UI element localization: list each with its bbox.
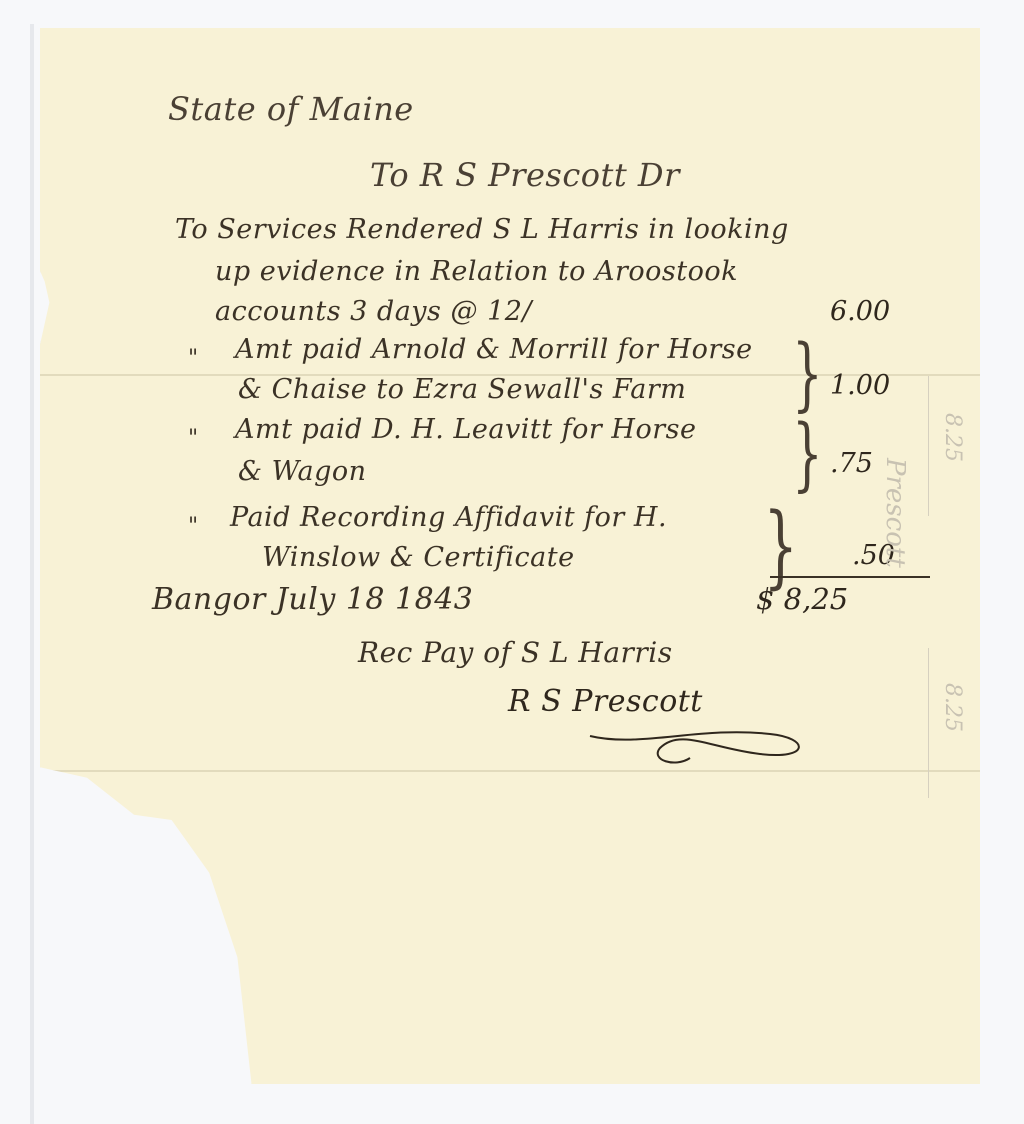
entry-4-brace: } [763, 502, 797, 592]
receipt-line: Rec Pay of S L Harris [358, 636, 673, 669]
entry-1-amount: 6.00 [830, 296, 890, 327]
entry-1-line-2: up evidence in Relation to Aroostook [215, 256, 738, 287]
entry-2-ditto: " [188, 346, 198, 371]
entry-2-brace: } [792, 334, 823, 414]
margin-rule [928, 648, 929, 798]
margin-note-amount: 8.25 [940, 413, 965, 462]
total-amount: $ 8,25 [756, 582, 848, 616]
place-date: Bangor July 18 1843 [152, 582, 473, 617]
signature-flourish [580, 718, 820, 778]
creditor-heading: To R S Prescott Dr [370, 156, 680, 194]
document-paper: State of Maine To R S Prescott Dr To Ser… [40, 28, 980, 1084]
entry-1-line-1: To Services Rendered S L Harris in looki… [175, 214, 789, 245]
entry-4-line-2: Winslow & Certificate [262, 542, 575, 573]
entry-2-amount: 1.00 [830, 370, 890, 401]
entry-4-ditto: " [188, 514, 198, 539]
entry-3-line-1: Amt paid D. H. Leavitt for Horse [235, 414, 696, 445]
entry-2-line-2: & Chaise to Ezra Sewall's Farm [238, 374, 686, 405]
scan-backing-edge [30, 24, 34, 1124]
margin-rule [928, 376, 929, 516]
addressee-heading: State of Maine [168, 90, 414, 128]
entry-3-line-2: & Wagon [238, 456, 367, 487]
entry-3-brace: } [792, 414, 823, 494]
total-rule [770, 576, 930, 578]
entry-3-ditto: " [188, 426, 198, 451]
entry-3-amount: .75 [830, 448, 873, 479]
entry-2-line-1: Amt paid Arnold & Morrill for Horse [235, 334, 753, 365]
entry-4-line-1: Paid Recording Affidavit for H. [230, 502, 667, 533]
entry-1-line-3: accounts 3 days @ 12/ [215, 296, 532, 327]
margin-note-amount: 8.25 [940, 683, 965, 732]
signature: R S Prescott [508, 684, 703, 719]
margin-note-name: Prescott [880, 458, 910, 568]
fold-line [40, 770, 980, 772]
